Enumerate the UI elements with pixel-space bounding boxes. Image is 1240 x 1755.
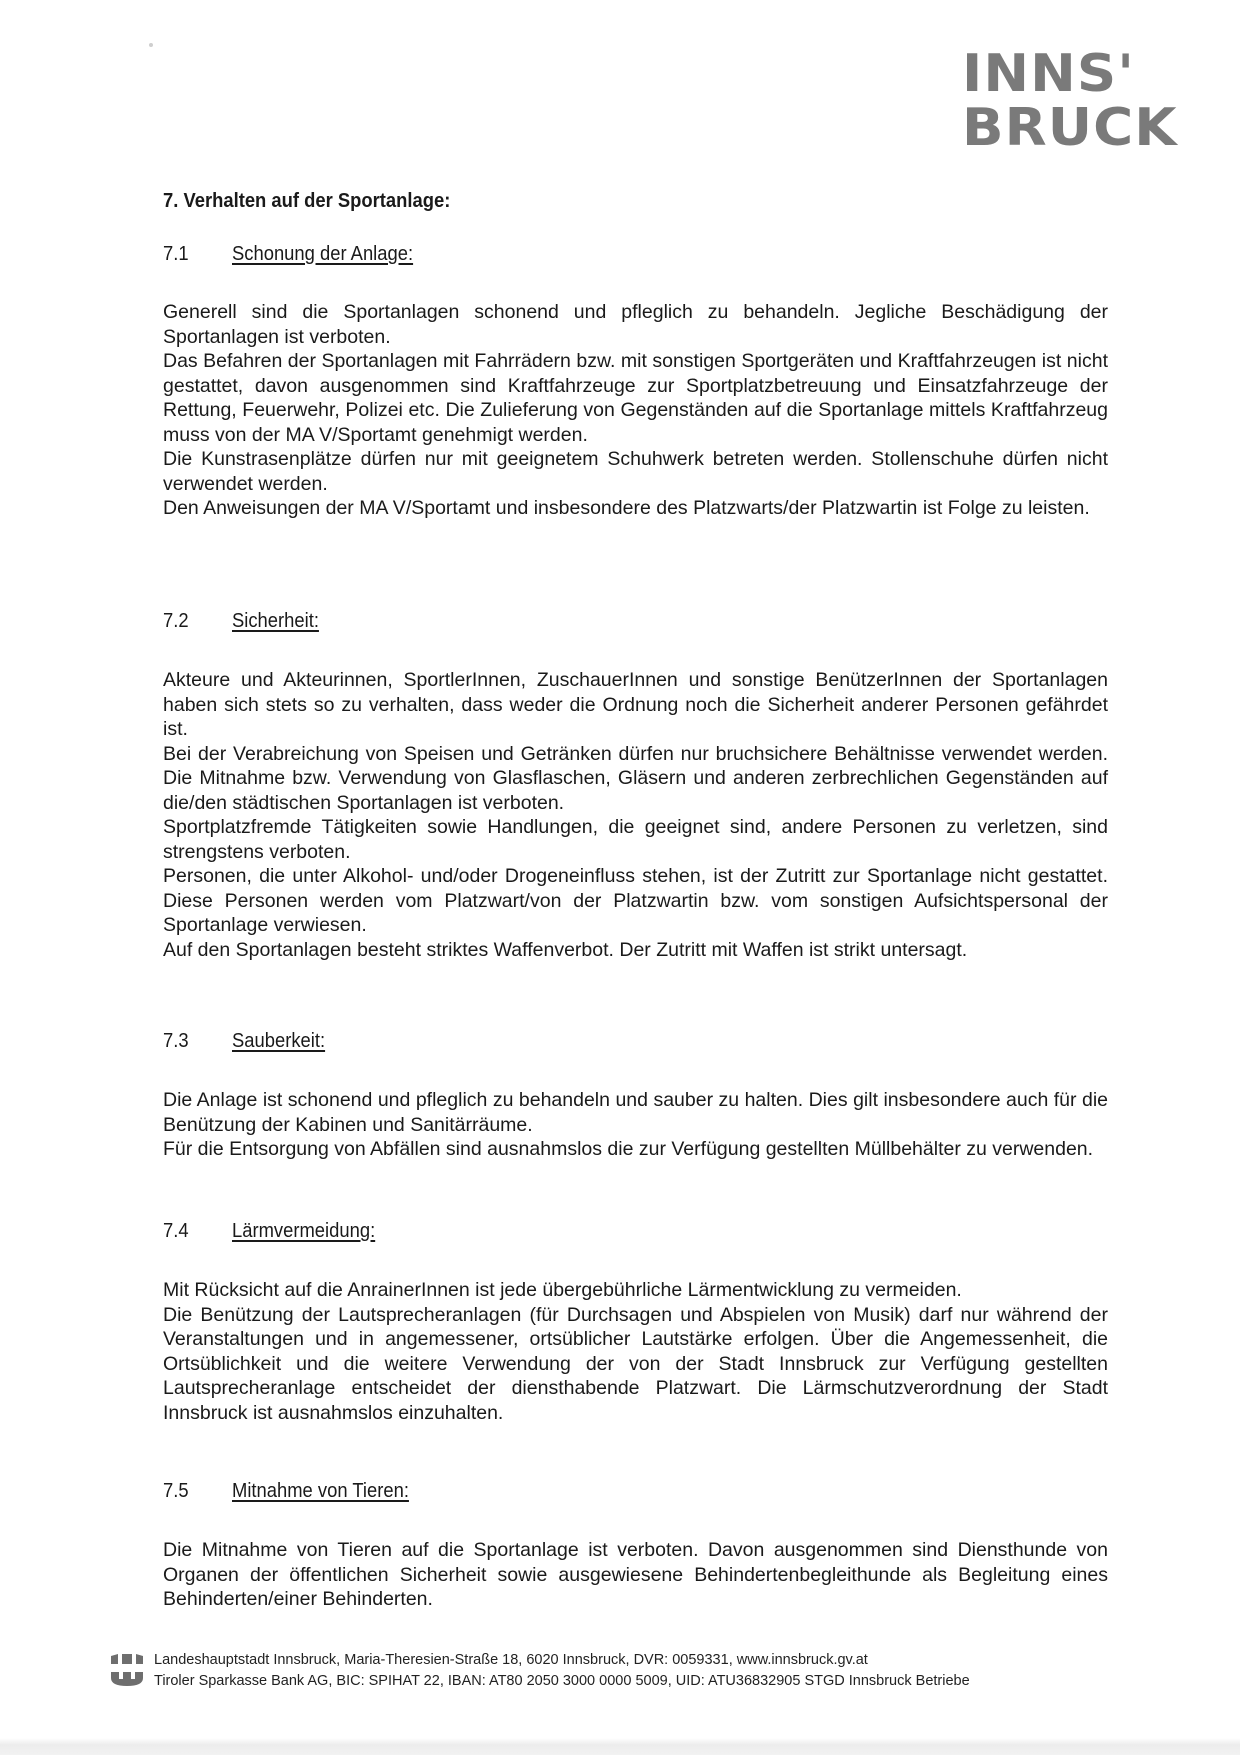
subsection-body-7-4: Mit Rücksicht auf die AnrainerInnen ist … bbox=[163, 1278, 1108, 1425]
subsection-body-7-2: Akteure und Akteurinnen, SportlerInnen, … bbox=[163, 668, 1108, 962]
paragraph: Das Befahren der Sportanlagen mit Fahrrä… bbox=[163, 349, 1108, 447]
subsection-title: Schonung der Anlage: bbox=[232, 243, 413, 265]
footer-address: Landeshauptstadt Innsbruck, Maria-Theres… bbox=[154, 1650, 970, 1671]
section-heading: 7. Verhalten auf der Sportanlage: bbox=[163, 190, 450, 213]
subsection-heading-7-3: 7.3Sauberkeit: bbox=[163, 1030, 325, 1053]
paragraph: Bei der Verabreichung von Speisen und Ge… bbox=[163, 742, 1108, 816]
coat-of-arms-icon bbox=[110, 1652, 144, 1688]
subsection-number: 7.1 bbox=[163, 243, 232, 266]
subsection-body-7-3: Die Anlage ist schonend und pfleglich zu… bbox=[163, 1088, 1108, 1162]
subsection-title: Lärmvermeidung: bbox=[232, 1220, 375, 1242]
scan-speck bbox=[149, 43, 153, 47]
subsection-number: 7.2 bbox=[163, 610, 232, 633]
subsection-heading-7-1: 7.1Schonung der Anlage: bbox=[163, 243, 413, 266]
paragraph: Auf den Sportanlagen besteht striktes Wa… bbox=[163, 938, 1108, 963]
logo-line-1: INNS' bbox=[962, 48, 1225, 102]
paragraph: Für die Entsorgung von Abfällen sind aus… bbox=[163, 1137, 1108, 1162]
footer-bank-details: Tiroler Sparkasse Bank AG, BIC: SPIHAT 2… bbox=[154, 1671, 970, 1692]
paragraph: Sportplatzfremde Tätigkeiten sowie Handl… bbox=[163, 815, 1108, 864]
subsection-number: 7.5 bbox=[163, 1480, 232, 1503]
subsection-title: Sauberkeit: bbox=[232, 1030, 325, 1052]
document-page: INNS' BRUCK 7. Verhalten auf der Sportan… bbox=[0, 0, 1240, 1755]
paragraph: Generell sind die Sportanlagen schonend … bbox=[163, 300, 1108, 349]
logo-line-2: BRUCK bbox=[962, 102, 1225, 156]
subsection-body-7-5: Die Mitnahme von Tieren auf die Sportanl… bbox=[163, 1538, 1108, 1612]
subsection-number: 7.3 bbox=[163, 1030, 232, 1053]
subsection-heading-7-4: 7.4Lärmvermeidung: bbox=[163, 1220, 375, 1243]
subsection-heading-7-5: 7.5Mitnahme von Tieren: bbox=[163, 1480, 409, 1503]
subsection-title: Mitnahme von Tieren: bbox=[232, 1480, 409, 1502]
paragraph: Akteure und Akteurinnen, SportlerInnen, … bbox=[163, 668, 1108, 742]
subsection-heading-7-2: 7.2Sicherheit: bbox=[163, 610, 319, 633]
subsection-number: 7.4 bbox=[163, 1220, 232, 1243]
subsection-title: Sicherheit: bbox=[232, 610, 319, 632]
paragraph: Mit Rücksicht auf die AnrainerInnen ist … bbox=[163, 1278, 1108, 1303]
innsbruck-logo: INNS' BRUCK bbox=[962, 48, 1225, 156]
paragraph: Den Anweisungen der MA V/Sportamt und in… bbox=[163, 496, 1108, 521]
subsection-body-7-1: Generell sind die Sportanlagen schonend … bbox=[163, 300, 1108, 521]
paragraph: Die Kunstrasenplätze dürfen nur mit geei… bbox=[163, 447, 1108, 496]
scan-edge bbox=[0, 1738, 1240, 1755]
paragraph: Die Benützung der Lautsprecheranlagen (f… bbox=[163, 1303, 1108, 1426]
paragraph: Personen, die unter Alkohol- und/oder Dr… bbox=[163, 864, 1108, 938]
paragraph: Die Mitnahme von Tieren auf die Sportanl… bbox=[163, 1538, 1108, 1612]
paragraph: Die Anlage ist schonend und pfleglich zu… bbox=[163, 1088, 1108, 1137]
